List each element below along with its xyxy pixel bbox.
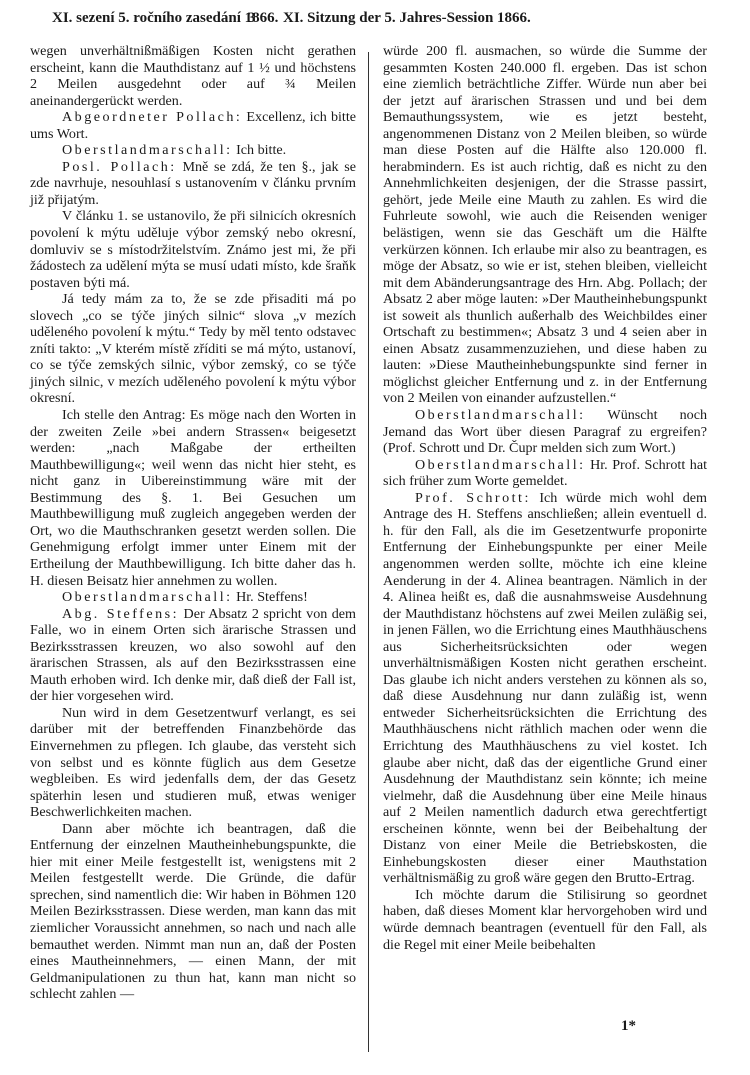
right-column: würde 200 fl. ausmachen, so würde die Su… xyxy=(383,43,707,953)
paragraph: Ich stelle den Antrag: Es möge nach den … xyxy=(30,407,356,589)
paragraph: Abgeordneter Pollach: Excellenz, ich bit… xyxy=(30,109,356,142)
paragraph: Abg. Steffens: Der Absatz 2 spricht von … xyxy=(30,606,356,705)
paragraph: Oberstlandmarschall: Hr. Prof. Schrott h… xyxy=(383,457,707,490)
paragraph-text: Já tedy mám za to, že se zde přisaditi m… xyxy=(30,291,356,406)
speaker-name: Prof. Schrott: xyxy=(415,490,531,506)
paragraph: Posl. Pollach: Mně se zdá, že ten §., ja… xyxy=(30,159,356,209)
paragraph: Prof. Schrott: Ich würde mich wohl dem A… xyxy=(383,490,707,887)
paragraph-text: V článku 1. se ustanovilo, že při silnic… xyxy=(30,208,356,290)
paragraph: V článku 1. se ustanovilo, že při silnic… xyxy=(30,208,356,291)
signature-mark: 1* xyxy=(621,1018,636,1035)
column-divider xyxy=(368,52,369,1052)
speaker-name: Abg. Steffens: xyxy=(62,606,179,622)
paragraph: würde 200 fl. ausmachen, so würde die Su… xyxy=(383,43,707,407)
page-header: XI. sezení 5. ročního zasedání 1866. 3 X… xyxy=(0,10,750,30)
paragraph-text: Ich bitte. xyxy=(233,142,287,158)
left-column: wegen unverhältnißmäßigen Kosten nicht g… xyxy=(30,43,356,1003)
header-title-german: XI. Sitzung der 5. Jahres-Session 1866. xyxy=(283,10,531,27)
paragraph-text: wegen unverhältnißmäßigen Kosten nicht g… xyxy=(30,43,356,109)
paragraph-text: Nun wird in dem Gesetzentwurf verlangt, … xyxy=(30,705,356,820)
speaker-name: Oberstlandmarschall: xyxy=(415,457,586,473)
paragraph-text: Dann aber möchte ich beantragen, daß die… xyxy=(30,821,356,1002)
paragraph: Já tedy mám za to, že se zde přisaditi m… xyxy=(30,291,356,407)
page-number: 3 xyxy=(248,10,256,27)
speaker-name: Abgeordneter Pollach: xyxy=(62,109,242,125)
paragraph: wegen unverhältnißmäßigen Kosten nicht g… xyxy=(30,43,356,109)
paragraph-text: Hr. Steffens! xyxy=(233,589,308,605)
paragraph-text: Ich würde mich wohl dem Antrage des H. S… xyxy=(383,490,707,887)
paragraph: Oberstlandmarschall: Hr. Steffens! xyxy=(30,589,356,606)
paragraph: Dann aber möchte ich beantragen, daß die… xyxy=(30,821,356,1003)
paragraph: Oberstlandmarschall: Ich bitte. xyxy=(30,142,356,159)
paragraph-text: würde 200 fl. ausmachen, so würde die Su… xyxy=(383,43,707,406)
speaker-name: Oberstlandmarschall: xyxy=(415,407,586,423)
paragraph: Nun wird in dem Gesetzentwurf verlangt, … xyxy=(30,705,356,821)
header-title-czech: XI. sezení 5. ročního zasedání 1866. xyxy=(52,10,278,27)
speaker-name: Oberstlandmarschall: xyxy=(62,589,233,605)
paragraph-text: Ich möchte darum die Stilisirung so geor… xyxy=(383,887,707,953)
paragraph: Oberstlandmarschall: Wünscht noch Jemand… xyxy=(383,407,707,457)
paragraph: Ich möchte darum die Stilisirung so geor… xyxy=(383,887,707,953)
paragraph-text: Ich stelle den Antrag: Es möge nach den … xyxy=(30,407,356,588)
speaker-name: Oberstlandmarschall: xyxy=(62,142,233,158)
speaker-name: Posl. Pollach: xyxy=(62,159,177,175)
